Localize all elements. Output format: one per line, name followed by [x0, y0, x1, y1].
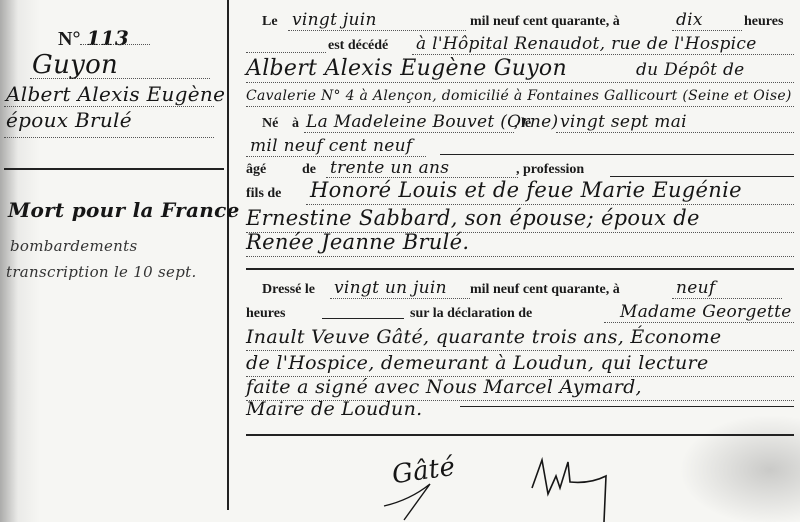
section-separator [246, 268, 794, 270]
act-minutes-rule [322, 318, 404, 319]
parents-line2: Ernestine Sabbard, son épouse; époux de [246, 206, 700, 230]
given-names-dotline [4, 106, 214, 107]
margin-given-names: Albert Alexis Eugène [6, 82, 225, 106]
record-number-value: 113 [86, 26, 129, 50]
declarant-line1: Madame Georgette [620, 302, 792, 322]
declarant-line5-closing-rule [460, 406, 794, 407]
mayor-signature-icon [520, 448, 640, 522]
age-label: âgé [246, 162, 266, 178]
declarant-line2: Inault Veuve Gâté, quarante trois ans, É… [246, 326, 721, 348]
profession-label: , profession [516, 162, 584, 178]
record-number-dotline [80, 44, 150, 45]
record-number: N°113 [58, 26, 129, 51]
dresse-le-label: Dressé le [262, 282, 315, 298]
a-label: à [292, 116, 299, 132]
ne-label: Né [262, 116, 278, 132]
margin-surname: Guyon [32, 50, 118, 80]
birth-le-label: , le [514, 116, 531, 132]
declarant-line3: de l'Hospice, demeurant à Loudun, qui le… [246, 352, 709, 374]
death-place-dotline [412, 54, 794, 55]
birth-year-dotline [246, 156, 426, 157]
heures-label: heures [744, 14, 783, 30]
act-date: vingt un juin [334, 278, 447, 298]
birthplace-dotline [304, 132, 514, 133]
birth-date: vingt sept mai [560, 112, 687, 132]
le-label: Le [262, 14, 278, 30]
surname-dotline [30, 78, 210, 79]
death-hour-dotline [672, 30, 742, 31]
act-year-text: mil neuf cent quarante, à [470, 282, 620, 298]
column-divider [227, 0, 229, 510]
margin-note-line2: transcription le 10 sept. [6, 263, 197, 281]
deceased-name: Albert Alexis Eugène Guyon [246, 56, 567, 81]
act-hour: neuf [676, 278, 715, 298]
profession-rule [610, 176, 794, 177]
parents-line1: Honoré Louis et de feue Marie Eugénie [310, 178, 742, 202]
death-hour: dix [676, 10, 703, 30]
death-place-line3: Cavalerie N° 4 à Alençon, domicilié à Fo… [246, 88, 792, 104]
record-number-label: N° [58, 28, 80, 50]
birth-year: mil neuf cent neuf [250, 136, 412, 156]
birth-year-closing-rule [440, 154, 794, 155]
parents-line3: Renée Jeanne Brulé. [246, 230, 469, 254]
declarant-line5: Maire de Loudun. [246, 398, 422, 420]
act-heures-label: heures [246, 306, 285, 322]
age-value: trente un ans [330, 158, 449, 178]
birth-date-dotline [556, 132, 794, 133]
act-hour-dotline [672, 298, 782, 299]
civil-death-record-page: N°113 Guyon Albert Alexis Eugène époux B… [0, 0, 800, 522]
est-decede-label: est décédé [328, 38, 388, 54]
occupation-start: du Dépôt de [636, 60, 745, 80]
death-year-text: mil neuf cent quarante, à [470, 14, 620, 30]
declarant-line2-dotline [246, 350, 794, 351]
signature-separator [246, 434, 794, 436]
age-de-label: de [302, 162, 316, 178]
death-date: vingt juin [292, 10, 377, 30]
name-dotline [246, 82, 794, 83]
minutes-dotline [246, 52, 326, 53]
mention-mort-pour-la-france: Mort pour la France [8, 198, 240, 222]
margin-note-line1: bombardements [10, 237, 137, 255]
parents-line3-dotline [246, 256, 794, 257]
death-place-line1: à l'Hôpital Renaudot, rue de l'Hospice [416, 34, 757, 54]
declarant-signature-flourish-icon [380, 470, 470, 522]
parents-line1-dotline [306, 204, 794, 205]
act-date-dotline [330, 298, 470, 299]
margin-spouse: époux Brulé [6, 108, 132, 132]
place-line3-dotline [246, 106, 794, 107]
spouse-dotline [4, 137, 214, 138]
fils-de-label: fils de [246, 186, 281, 202]
declaration-label: sur la déclaration de [410, 306, 532, 322]
death-date-dotline [288, 30, 466, 31]
declarant-line4: faite a signé avec Nous Marcel Aymard, [246, 376, 642, 398]
declarant-line1-dotline [604, 322, 794, 323]
margin-separator [4, 168, 224, 170]
